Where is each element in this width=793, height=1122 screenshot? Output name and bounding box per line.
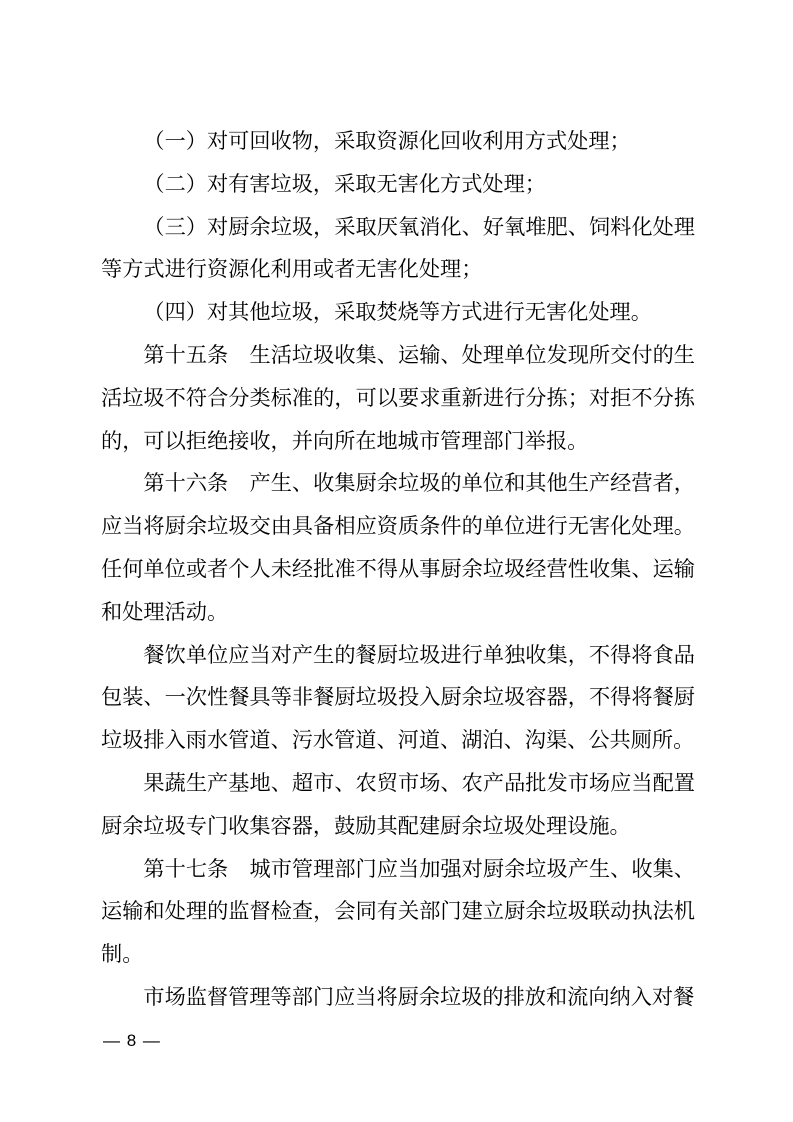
paragraph: 果蔬生产基地、超市、农贸市场、农产品批发市场应当配置厨余垃圾专门收集容器，鼓励其…	[101, 763, 695, 849]
paragraph: 餐饮单位应当对产生的餐厨垃圾进行单独收集，不得将食品包装、一次性餐具等非餐厨垃圾…	[101, 635, 695, 763]
paragraph: 市场监督管理等部门应当将厨余垃圾的排放和流向纳入对餐	[101, 977, 695, 1020]
paragraph: （四）对其他垃圾，采取焚烧等方式进行无害化处理。	[101, 292, 695, 335]
paragraph: （二）对有害垃圾，采取无害化方式处理；	[101, 164, 695, 207]
paragraph: 第十五条 生活垃圾收集、运输、处理单位发现所交付的生活垃圾不符合分类标准的，可以…	[101, 335, 695, 463]
document-body: （一）对可回收物，采取资源化回收利用方式处理；（二）对有害垃圾，采取无害化方式处…	[101, 121, 695, 1020]
paragraph: 第十六条 产生、收集厨余垃圾的单位和其他生产经营者，应当将厨余垃圾交由具备相应资…	[101, 463, 695, 634]
paragraph: （三）对厨余垃圾，采取厌氧消化、好氧堆肥、饲料化处理等方式进行资源化利用或者无害…	[101, 207, 695, 293]
document-page: （一）对可回收物，采取资源化回收利用方式处理；（二）对有害垃圾，采取无害化方式处…	[0, 0, 793, 1122]
page-number: — 8 —	[103, 1028, 161, 1054]
paragraph: （一）对可回收物，采取资源化回收利用方式处理；	[101, 121, 695, 164]
paragraph: 第十七条 城市管理部门应当加强对厨余垃圾产生、收集、运输和处理的监督检查，会同有…	[101, 849, 695, 977]
